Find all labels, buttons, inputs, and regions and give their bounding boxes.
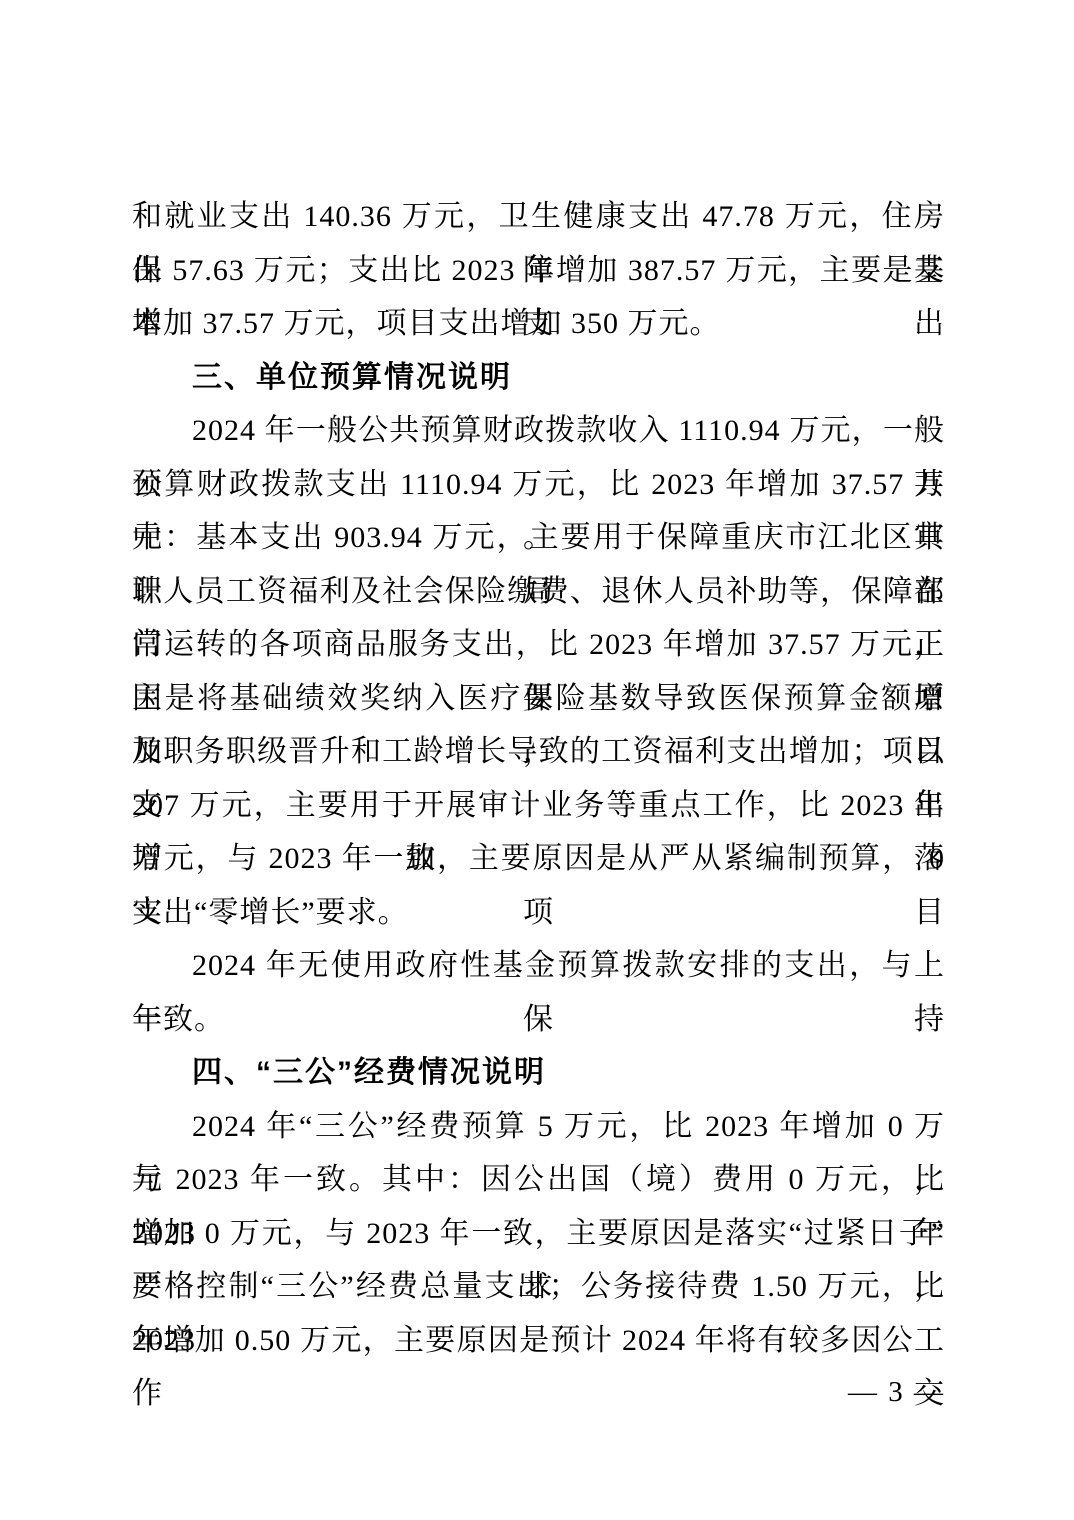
section-heading-4: 四、“三公”经费情况说明 bbox=[132, 1046, 945, 1100]
text-line: 与 2023 年一致。其中：因公出国（境）费用 0 万元，比 2023 年 bbox=[132, 1153, 945, 1207]
text-line: 增加 0 万元，与 2023 年一致，主要原因是落实“过紧日子”要求， bbox=[132, 1207, 945, 1261]
text-line: 207 万元，主要用于开展审计业务等重点工作，比 2023 年增加 0 bbox=[132, 779, 945, 833]
page-number: — 3 — bbox=[848, 1372, 945, 1412]
text-line: 2024 年无使用政府性基金预算拨款安排的支出，与上年保持 bbox=[132, 939, 945, 993]
section-heading-3: 三、单位预算情况说明 bbox=[132, 351, 945, 405]
text-line: 中：基本支出 903.94 万元，主要用于保障重庆市江北区审计局在 bbox=[132, 511, 945, 565]
text-line: 2024 年“三公”经费预算 5 万元，比 2023 年增加 0 万元， bbox=[132, 1100, 945, 1154]
document-page: 和就业支出 140.36 万元，卫生健康支出 47.78 万元，住房保障支 出 … bbox=[0, 0, 1074, 1520]
text-line: 和就业支出 140.36 万元，卫生健康支出 47.78 万元，住房保障支 bbox=[132, 190, 945, 244]
text-line: 职人员工资福利及社会保险缴费、退休人员补助等，保障部门正 bbox=[132, 565, 945, 619]
text-line: 常运转的各项商品服务支出，比 2023 年增加 37.57 万元，主要原 bbox=[132, 618, 945, 672]
text-line: 因是将基础绩效奖纳入医疗保险基数导致医保预算金额增加，以 bbox=[132, 672, 945, 726]
text-line: 预算财政拨款支出 1110.94 万元，比 2023 年增加 37.57 万元。… bbox=[132, 458, 945, 512]
text-line: 及职务职级晋升和工龄增长导致的工资福利支出增加；项目支出 bbox=[132, 725, 945, 779]
text-line: 万元，与 2023 年一致，主要原因是从严从紧编制预算，落实项目 bbox=[132, 832, 945, 886]
document-body: 和就业支出 140.36 万元，卫生健康支出 47.78 万元，住房保障支 出 … bbox=[132, 190, 945, 1367]
text-line: 2024 年一般公共预算财政拨款收入 1110.94 万元，一般公共 bbox=[132, 404, 945, 458]
text-line: 严格控制“三公”经费总量支出；公务接待费 1.50 万元，比 2023 bbox=[132, 1260, 945, 1314]
text-line: 年增加 0.50 万元，主要原因是预计 2024 年将有较多因公工作交 bbox=[132, 1314, 945, 1368]
text-line: 出 57.63 万元；支出比 2023 年增加 387.57 万元，主要是基本支… bbox=[132, 244, 945, 298]
